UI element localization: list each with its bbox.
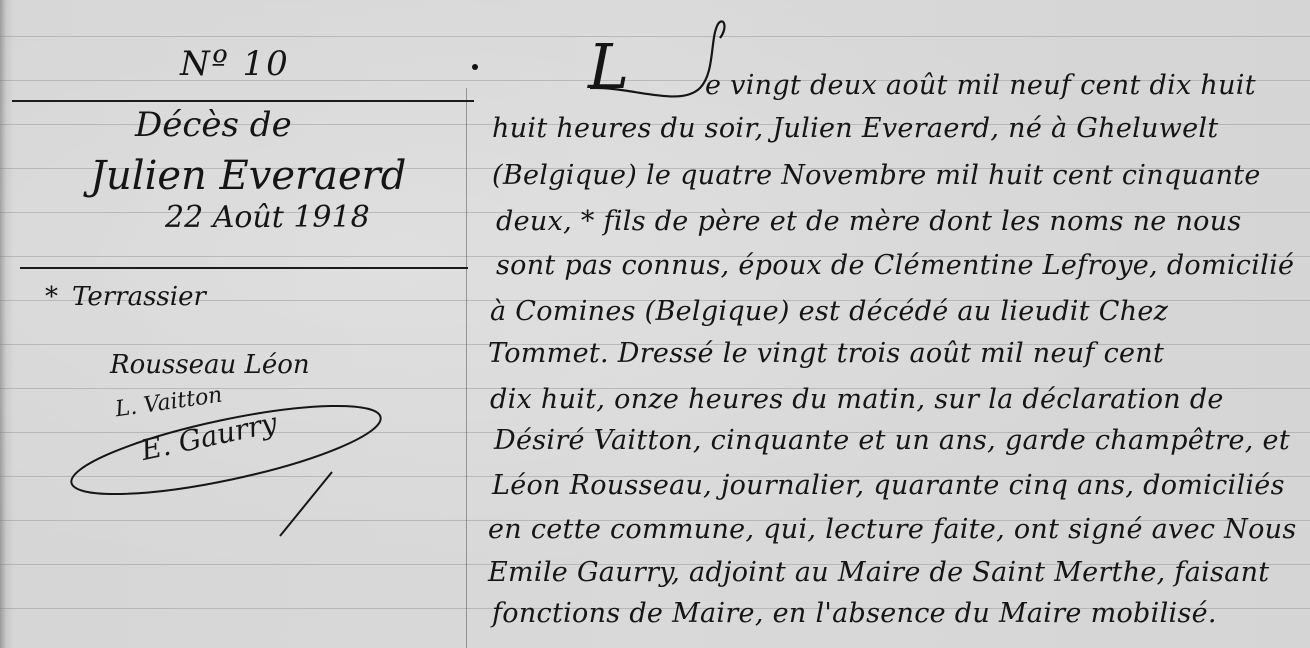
text-line-6: à Comines (Belgique) est décédé au lieud… bbox=[490, 296, 1168, 327]
signature-rousseau: Rousseau Léon bbox=[110, 350, 310, 380]
drop-cap: L bbox=[588, 30, 629, 103]
document-page: Nº 10 Décès de Julien Everaerd 22 Août 1… bbox=[0, 0, 1310, 648]
death-date: 22 Août 1918 bbox=[165, 200, 370, 235]
asterisk-icon: * bbox=[45, 282, 58, 312]
text-line-13: fonctions de Maire, en l'absence du Mair… bbox=[492, 598, 1217, 629]
text-line-12: Emile Gaurry, adjoint au Maire de Saint … bbox=[488, 557, 1269, 588]
text-line-7: Tommet. Dressé le vingt trois août mil n… bbox=[488, 338, 1164, 369]
text-line-11: en cette commune, qui, lecture faite, on… bbox=[488, 514, 1297, 545]
occupation-note: *Terrassier bbox=[45, 282, 206, 312]
text-line-4: deux, * fils de père et de mère dont les… bbox=[496, 206, 1242, 237]
text-line-1: e vingt deux août mil neuf cent dix huit bbox=[705, 70, 1256, 101]
text-line-5: sont pas connus, époux de Clémentine Lef… bbox=[496, 250, 1294, 281]
margin-title: Décès de bbox=[135, 105, 292, 145]
occupation-text: Terrassier bbox=[72, 282, 206, 312]
text-line-9: Désiré Vaitton, cinquante et un ans, gar… bbox=[494, 425, 1290, 456]
text-line-3: (Belgique) le quatre Novembre mil huit c… bbox=[492, 160, 1261, 191]
deceased-name: Julien Everaerd bbox=[90, 153, 406, 199]
text-line-10: Léon Rousseau, journalier, quarante cinq… bbox=[492, 470, 1285, 501]
text-line-2: huit heures du soir, Julien Everaerd, né… bbox=[492, 113, 1219, 144]
margin-column: Nº 10 Décès de Julien Everaerd 22 Août 1… bbox=[0, 0, 470, 648]
act-number: Nº 10 bbox=[180, 44, 290, 84]
text-line-8: dix huit, onze heures du matin, sur la d… bbox=[490, 384, 1224, 415]
